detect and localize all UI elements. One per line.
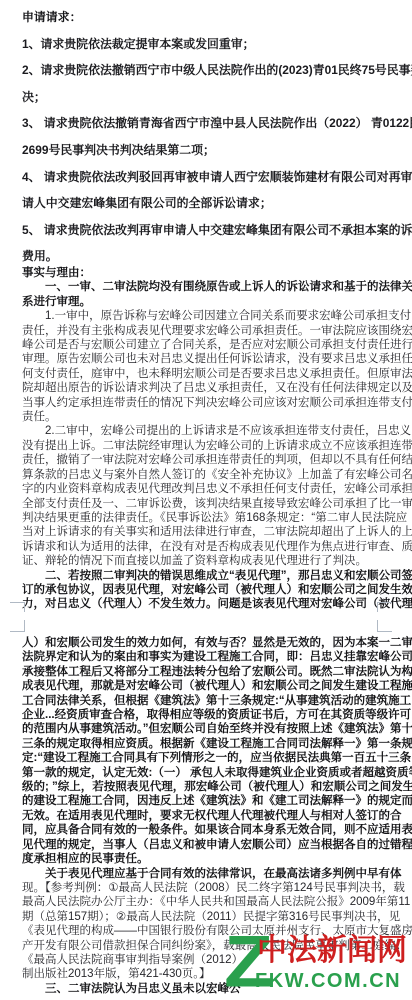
text-line: 院却超出原告的诉讼请求判决了吕忠义承担责任，又在没有任何法律规定以及 [22, 381, 400, 395]
facts-page1-lines: 一、一审、二审法院均没有围绕原告或上诉人的诉讼请求和基于的法律关系进行审理。1.… [22, 280, 400, 611]
text-line: 的建设工程施工合同，因违反上述《建筑法》和《建工司法解释一》的规定而 [22, 794, 400, 808]
text-line: 判决结果更重的法律责任。《民事诉讼法》第168条规定：“第二审人民法院应 [22, 511, 400, 525]
text-line: 5、 请求贵院依法改判再审申请人中交建宏峰集团有限公司不承担本案的诉讼 [22, 217, 400, 244]
text-line: 系进行审理。 [22, 295, 400, 309]
text-line: 法院界定和认为的案由和事实为建设工程施工合同，即：吕忠义挂靠宏峰公司 [22, 650, 400, 664]
text-line: 现。【参考判例：①最高人民法院（2008）民二终字第124号民事判决书，载 [22, 881, 400, 895]
text-line: 企业...经资质审查合格，取得相应等级的资质证书后，方可在其资质等级许可 [22, 708, 400, 722]
text-line: 诉请求和认为适用的法律，在没有对是否构成表见代理作为焦点进行审查、质 [22, 540, 400, 554]
text-line: 责任。 [22, 410, 400, 424]
text-line: 当对上诉请求的有关事实和适用法律进行审查，二审法院却超出了上诉人的上 [22, 525, 400, 539]
text-line: 1、请求贵院依法裁定提审本案或发回重审； [22, 31, 400, 58]
text-line: 工合同法律关系，但根据《建筑法》第十三条规定:“从事建筑活动的建筑施工 [22, 694, 400, 708]
request-lines: 1、请求贵院依法裁定提审本案或发回重审；2、请求贵院依法撤销西宁市中级人民法院作… [22, 31, 400, 270]
text-line: 一、一审、二审法院均没有围绕原告或上诉人的诉讼请求和基于的法律关 [22, 280, 400, 294]
text-line: 度承担相应的民事责任。 [22, 852, 400, 866]
text-line: 力，对吕忠义（代理人）不发生效力。问题是该表见代理对宏峰公司（被代理 [22, 597, 400, 611]
text-line: 2、请求贵院依法撤销西宁市中级人民法院作出的(2023)青01民终75号民事判 [22, 57, 400, 84]
text-line: 二、若按照二审判决的错误思维成立“表见代理”，那吕忠义和宏顺公司签 [22, 569, 400, 583]
text-line: 何支付责任，庭审中，也未释明宏顺公司是否要求吕忠义承担责任。但原审法 [22, 367, 400, 381]
site-watermark: Z 中法新闻网 FKW.COM.CN [224, 933, 412, 1000]
text-line: 级的; ”综上，若按照表见代理，那宏峰公司（被代理人）和宏顺公司之间发生 [22, 780, 400, 794]
text-line: 请人中交建宏峰集团有限公司的全部诉讼请求； [22, 190, 400, 217]
text-line: 全部支付责任及一、二审诉讼费，该判决结果直接导致宏峰公司承担了比一审 [22, 497, 400, 511]
page-boundary-mark-bottom-left [10, 602, 25, 612]
text-line: 峰公司是否与宏顺公司建立了合同关系，是否应对宏顺公司承担支付责任进行 [22, 338, 400, 352]
text-line: 订的承包协议，因表见代理，对宏峰公司（被代理人）和宏顺公司之间发生效 [22, 583, 400, 597]
watermark-site-domain: FKW.COM.CN [255, 971, 401, 991]
text-line: 审理。原告宏顺公司也未对吕忠义提出任何诉讼请求，没有要求吕忠义承担任 [22, 352, 400, 366]
text-line: 没有提出上诉。二审法院经审理认为宏峰公司的上诉请求成立不应该承担连带 [22, 439, 400, 453]
text-line: 责任，并没有主张构成表见代理要求宏峰公司承担责任。一审法院应该围绕宏 [22, 324, 400, 338]
text-line: 2.二审中，宏峰公司提出的上诉请求是不应该承担连带支付责任，吕忠义 [22, 424, 400, 438]
text-line: 2699号民事判决书判决结果第二项； [22, 137, 400, 164]
page-boundary-mark-bottom-right [377, 602, 392, 612]
facts-section-page1: 事实与理由： 一、一审、二审法院均没有围绕原告或上诉人的诉讼请求和基于的法律关系… [22, 266, 400, 612]
request-heading: 申请请求： [22, 4, 400, 31]
text-line: 4、 请求贵院依法改判驳回再审被申请人西宁宏顺装饰建材有限公司对再审申 [22, 164, 400, 191]
page-boundary-mark-top-left [10, 620, 25, 632]
text-line: 字的内业资料章构成表见代理改判吕忠义不承担任何支付责任，宏峰公司承担 [22, 482, 400, 496]
text-line: 见代理的规定，当事人（吕忠义和被申请人宏顺公司）应当根据各自的过错程 [22, 838, 400, 852]
text-line: 同，应具备合同有效的一般条件。如果该合同本身系无效合同，则不应适用表 [22, 823, 400, 837]
text-line: 证、辩轮的情况下而直接以加盖了资料章构成表见代理进行了判决。 [22, 554, 400, 568]
facts-heading: 事实与理由： [22, 266, 400, 280]
text-line: 承接整体工程后又将部分工程违法转分包给了宏顺公司。既然二审法院认为构 [22, 665, 400, 679]
text-line: 决； [22, 84, 400, 111]
text-line: 关于表见代理应基于合同有效的法律常识，在最高法诸多判例中早有体 [22, 867, 400, 881]
text-line: 定:“建设工程施工合同具有下列情形之一的，应当依据民法典第一百五十三条 [22, 751, 400, 765]
text-line: 1.一审中，原告诉称与宏峰公司因建立合同关系而要求宏峰公司承担支付 [22, 309, 400, 323]
text-line: 当事人约定承担连带责任的情况下判决宏峰公司应该对宏顺公司承担连带支付 [22, 396, 400, 410]
document-screenshot: { "request_section": { "heading": "申请请求：… [0, 0, 412, 1000]
text-line: 成表见代理，那就是对宏峰公司（被代理人）和宏顺公司之间发生建设工程施 [22, 679, 400, 693]
watermark-site-name: 中法新闻网 [257, 936, 407, 966]
text-line: 无效。在适用表见代理时，要求无权代理人代理被代理人与相对人签订的合 [22, 809, 400, 823]
text-line: 的范围内从事建筑活动。”但宏顺公司自始至终并没有按照上述《建筑法》第十 [22, 722, 400, 736]
text-line: 人）和宏顺公司发生的效力如何，有效与否？显然是无效的，因为本案一二审 [22, 636, 400, 650]
text-line: 最高人民法院办公厅主办：《中华人民共和国最高人民法院公报》2009年第11 [22, 895, 400, 909]
text-line: 责任，撤销了一审法院对宏峰公司承担连带责任的判项，但却以不具有任何结 [22, 453, 400, 467]
text-line: 算条款的吕忠义与案外自然人签订的《安全补充协议》上加盖了有宏峰公司名 [22, 468, 400, 482]
text-line: 3、 请求贵院依法撤销青海省西宁市湟中县人民法院作出（2022） 青0122民初 [22, 110, 400, 137]
request-section: 申请请求： 1、请求贵院依法裁定提审本案或发回重审；2、请求贵院依法撤销西宁市中… [22, 4, 400, 270]
page-boundary-mark-top-right [377, 620, 392, 632]
text-line: 期（总第157期）；②最高人民法院（2011）民提字第316号民事判决书，见 [22, 910, 400, 924]
text-line: 三条的规定取得相应资质。根据新《建设工程施工合同司法解释一》第一条规 [22, 737, 400, 751]
text-line: 第一款的规定，认定无效:（一） 承包人未取得建筑业企业资质或者超越资质等 [22, 766, 400, 780]
